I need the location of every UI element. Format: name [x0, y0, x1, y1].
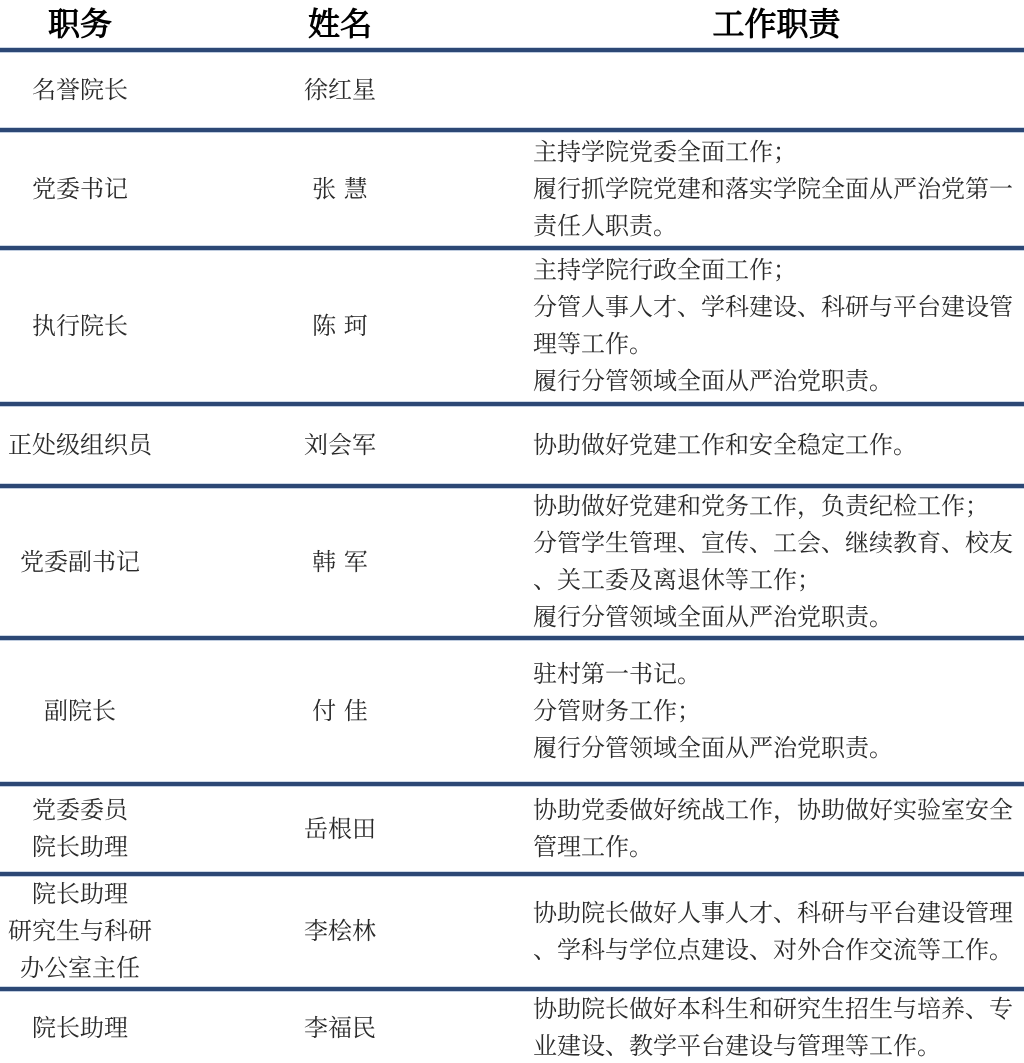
table-row: 党委书记 张 慧 主持学院党委全面工作； 履行抓学院党建和落实学院全面从严治党第…: [0, 132, 1024, 250]
column-header-duties: 工作职责: [520, 2, 1024, 46]
table-row: 执行院长 陈 珂 主持学院行政全面工作； 分管人事人才、学科建设、科研与平台建设…: [0, 250, 1024, 406]
leadership-table: 职务 姓名 工作职责 名誉院长 徐红星 党委书记 张 慧 主持学院党委全面工作；…: [0, 0, 1024, 1063]
name-cell: 岳根田: [160, 811, 520, 848]
table-header-row: 职务 姓名 工作职责: [0, 0, 1024, 52]
duties-cell: 驻村第一书记。 分管财务工作； 履行分管领域全面从严治党职责。: [520, 656, 1024, 767]
duties-cell: 协助院长做好人事人才、科研与平台建设管理 、学科与学位点建设、对外合作交流等工作…: [520, 895, 1024, 969]
position-cell: 正处级组织员: [0, 427, 160, 464]
position-cell: 院长助理: [0, 1010, 160, 1047]
duties-cell: 协助院长做好本科生和研究生招生与培养、专 业建设、教学平台建设与管理等工作。: [520, 991, 1024, 1063]
position-cell: 院长助理 研究生与科研 办公室主任: [0, 876, 160, 987]
table-row: 名誉院长 徐红星: [0, 52, 1024, 132]
position-cell: 党委委员 院长助理: [0, 792, 160, 866]
name-cell: 张 慧: [160, 171, 520, 208]
table-row: 党委委员 院长助理 岳根田 协助党委做好统战工作，协助做好实验室安全 管理工作。: [0, 786, 1024, 876]
table-row: 副院长 付 佳 驻村第一书记。 分管财务工作； 履行分管领域全面从严治党职责。: [0, 640, 1024, 786]
position-cell: 党委书记: [0, 171, 160, 208]
name-cell: 李桧林: [160, 913, 520, 950]
name-cell: 付 佳: [160, 693, 520, 730]
name-cell: 刘会军: [160, 427, 520, 464]
column-header-position: 职务: [0, 2, 160, 46]
name-cell: 陈 珂: [160, 308, 520, 345]
position-cell: 名誉院长: [0, 72, 160, 109]
duties-cell: 主持学院行政全面工作； 分管人事人才、学科建设、科研与平台建设管 理等工作。 履…: [520, 252, 1024, 400]
position-cell: 执行院长: [0, 308, 160, 345]
duties-cell: 协助党委做好统战工作，协助做好实验室安全 管理工作。: [520, 792, 1024, 866]
table-row: 正处级组织员 刘会军 协助做好党建工作和安全稳定工作。: [0, 406, 1024, 488]
position-cell: 党委副书记: [0, 544, 160, 581]
table-row: 院长助理 研究生与科研 办公室主任 李桧林 协助院长做好人事人才、科研与平台建设…: [0, 876, 1024, 991]
position-cell: 副院长: [0, 693, 160, 730]
table-row: 院长助理 李福民 协助院长做好本科生和研究生招生与培养、专 业建设、教学平台建设…: [0, 991, 1024, 1063]
name-cell: 徐红星: [160, 72, 520, 109]
column-header-name: 姓名: [160, 2, 520, 46]
name-cell: 李福民: [160, 1010, 520, 1047]
name-cell: 韩 军: [160, 544, 520, 581]
duties-cell: 协助做好党建和党务工作，负责纪检工作； 分管学生管理、宣传、工会、继续教育、校友…: [520, 488, 1024, 636]
duties-cell: 主持学院党委全面工作； 履行抓学院党建和落实学院全面从严治党第一 责任人职责。: [520, 134, 1024, 245]
duties-cell: 协助做好党建工作和安全稳定工作。: [520, 427, 1024, 464]
table-row: 党委副书记 韩 军 协助做好党建和党务工作，负责纪检工作； 分管学生管理、宣传、…: [0, 488, 1024, 640]
